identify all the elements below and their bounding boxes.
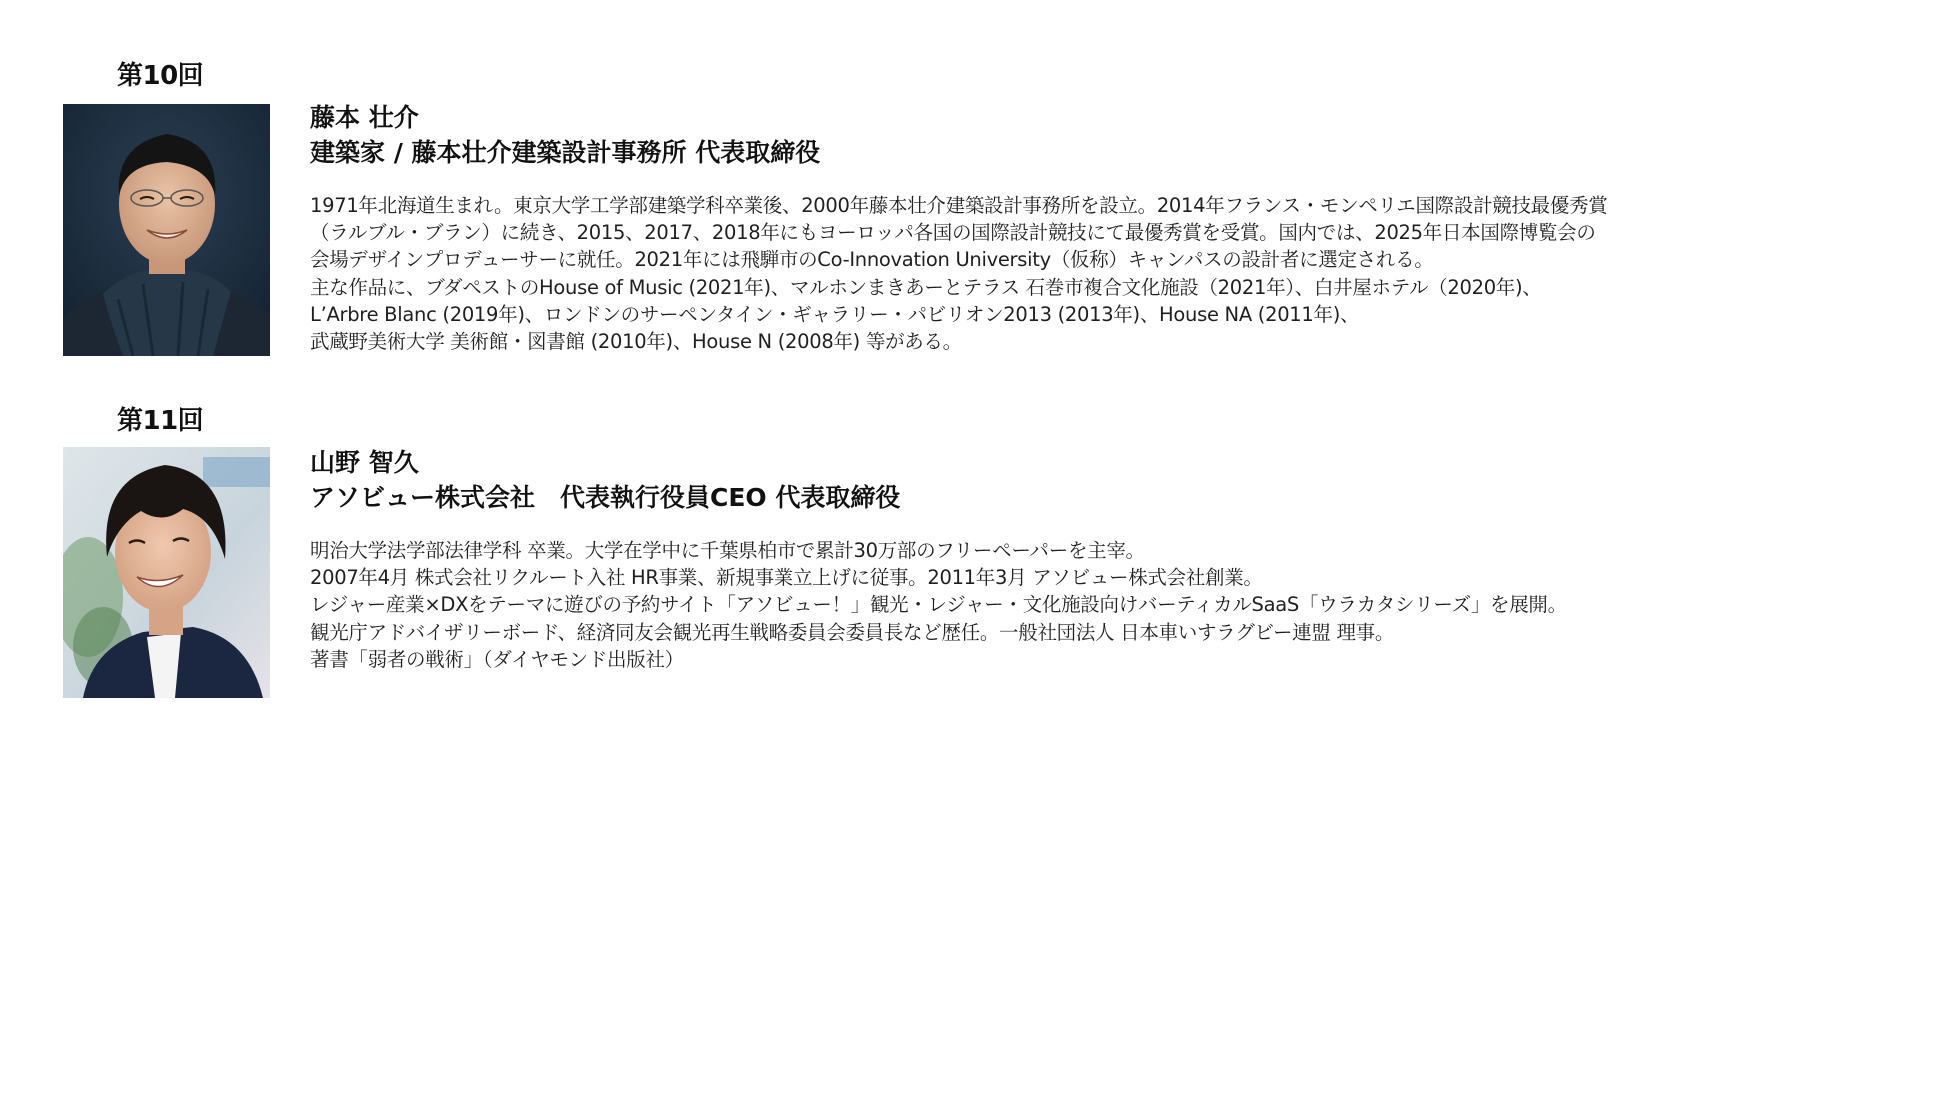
speaker-info: 山野 智久 アソビュー株式会社 代表執行役員CEO 代表取締役 明治大学法学部法… <box>310 445 1850 673</box>
speaker-info: 藤本 壮介 建築家 / 藤本壮介建築設計事務所 代表取締役 1971年北海道生ま… <box>310 100 1850 355</box>
bio-line: 観光庁アドバイザリーボード、経済同友会観光再生戦略委員会委員長など歴任。一般社団… <box>310 619 1850 646</box>
portrait-image-icon <box>63 447 270 698</box>
speaker-name: 山野 智久 <box>310 445 1850 480</box>
bio-line: 著書「弱者の戦術」（ダイヤモンド出版社） <box>310 646 1850 673</box>
speaker-photo <box>63 104 270 356</box>
bio-line: L’Arbre Blanc (2019年)、ロンドンのサーペンタイン・ギャラリー… <box>310 301 1850 328</box>
bio-line: （ラルブル・ブラン）に続き、2015、2017、2018年にもヨーロッパ各国の国… <box>310 219 1850 246</box>
speaker-bio: 明治大学法学部法律学科 卒業。大学在学中に千葉県柏市で累計30万部のフリーペーパ… <box>310 537 1850 673</box>
speaker-bio: 1971年北海道生まれ。東京大学工学部建築学科卒業後、2000年藤本壮介建築設計… <box>310 192 1850 355</box>
speaker-photo <box>63 447 270 698</box>
episode-label: 第10回 <box>117 61 203 91</box>
bio-line: 武蔵野美術大学 美術館・図書館 (2010年)、House N (2008年) … <box>310 328 1850 355</box>
speaker-role: 建築家 / 藤本壮介建築設計事務所 代表取締役 <box>310 135 1850 170</box>
bio-line: レジャー産業×DXをテーマに遊びの予約サイト「アソビュー！」観光・レジャー・文化… <box>310 591 1850 618</box>
bio-line: 2007年4月 株式会社リクルート入社 HR事業、新規事業立上げに従事。2011… <box>310 564 1850 591</box>
episode-label: 第11回 <box>117 406 203 436</box>
bio-line: 主な作品に、ブダペストのHouse of Music (2021年)、マルホンま… <box>310 274 1850 301</box>
speaker-name: 藤本 壮介 <box>310 100 1850 135</box>
bio-line: 明治大学法学部法律学科 卒業。大学在学中に千葉県柏市で累計30万部のフリーペーパ… <box>310 537 1850 564</box>
portrait-image-icon <box>63 104 270 356</box>
bio-line: 1971年北海道生まれ。東京大学工学部建築学科卒業後、2000年藤本壮介建築設計… <box>310 192 1850 219</box>
speaker-role: アソビュー株式会社 代表執行役員CEO 代表取締役 <box>310 480 1850 515</box>
bio-line: 会場デザインプロデューサーに就任。2021年には飛騨市のCo-Innovatio… <box>310 246 1850 273</box>
